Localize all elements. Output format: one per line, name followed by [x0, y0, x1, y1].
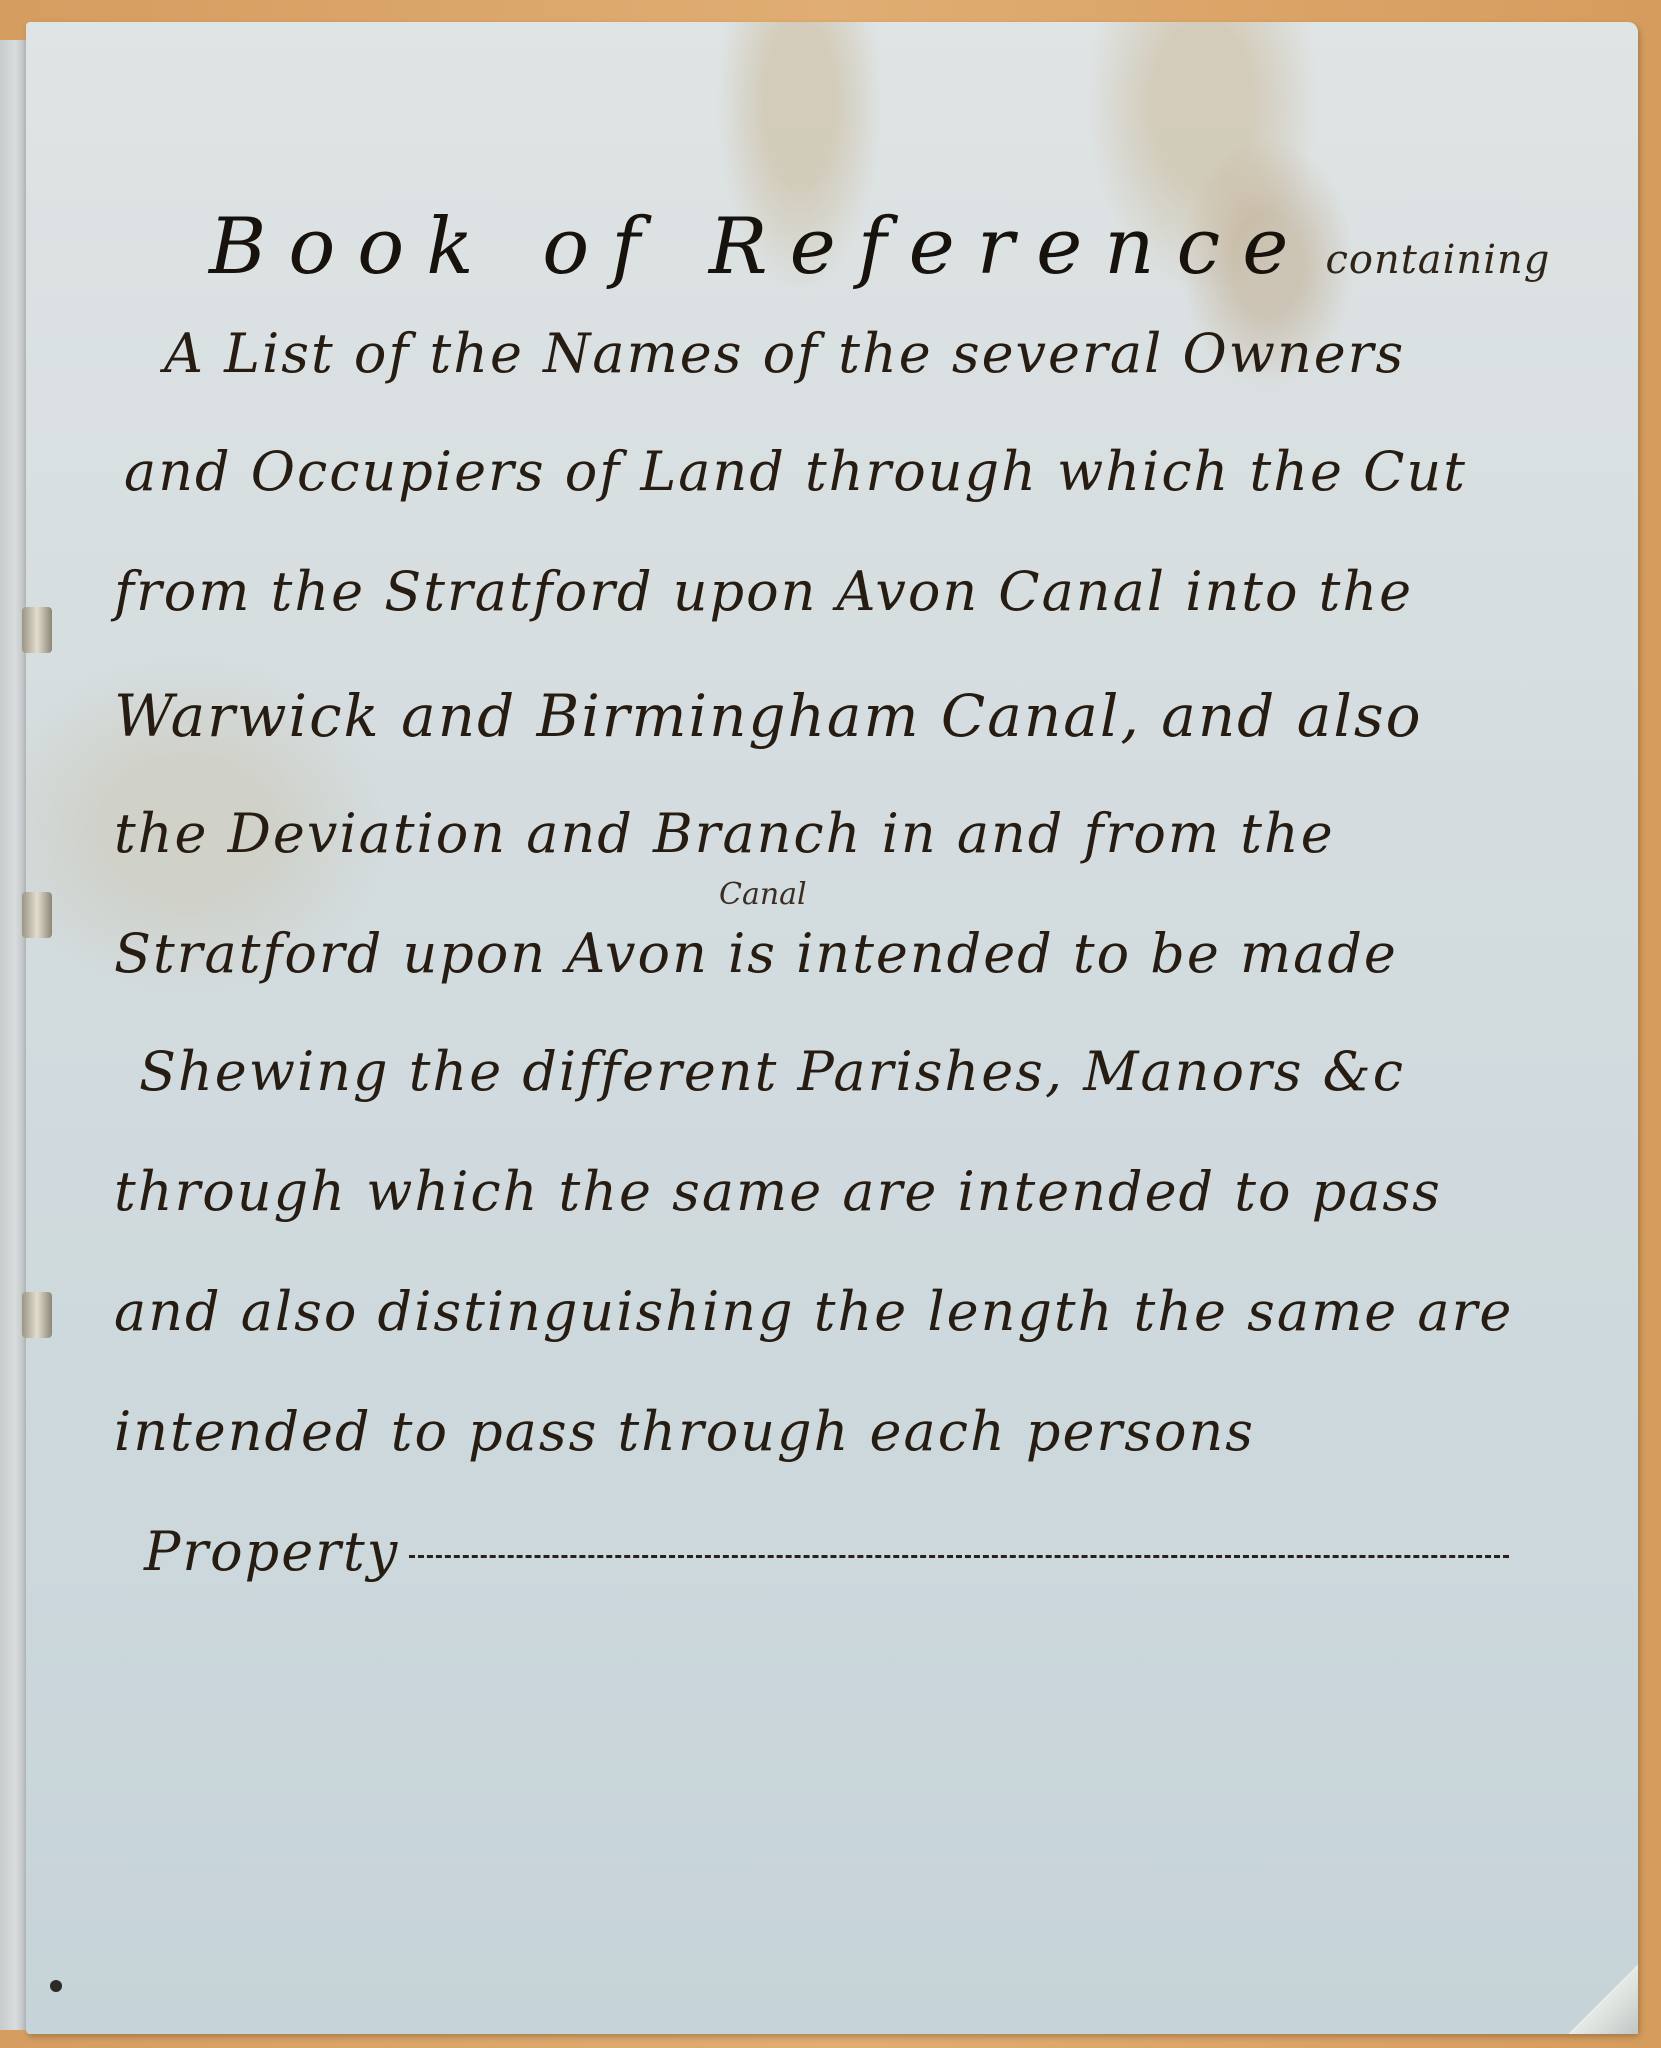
text-line: intended to pass through each persons — [114, 1400, 1255, 1463]
document-title: Book of Reference — [209, 202, 1310, 292]
binding-hole — [50, 1980, 62, 1992]
final-line: Property — [144, 1520, 1509, 1583]
text-line: Property — [144, 1520, 399, 1583]
text-line: A List of the Names of the several Owner… — [164, 322, 1405, 385]
folded-corner — [1568, 1964, 1638, 2034]
dashed-line-filler — [409, 1555, 1509, 1558]
text-line: from the Stratford upon Avon Canal into … — [114, 560, 1413, 623]
title-continuation: containing — [1325, 237, 1550, 283]
previous-page-edge — [0, 40, 28, 2030]
text-line: through which the same are intended to p… — [114, 1160, 1442, 1223]
text-line: and Occupiers of Land through which the … — [124, 440, 1467, 503]
binding-stitch — [22, 607, 52, 653]
text-line: the Deviation and Branch in and from the — [114, 802, 1335, 865]
text-line: Stratford upon Avon is intended to be ma… — [114, 922, 1398, 985]
text-line: Shewing the different Parishes, Manors &… — [139, 1040, 1405, 1103]
manuscript-page: Book of Reference containing A List of t… — [26, 22, 1638, 2034]
title-line: Book of Reference containing — [209, 202, 1550, 292]
text-line: and also distinguishing the length the s… — [114, 1280, 1513, 1343]
binding-stitch — [22, 1292, 52, 1338]
inserted-word: Canal — [719, 877, 807, 912]
text-line: Warwick and Birmingham Canal, and also — [114, 682, 1423, 750]
binding-stitch — [22, 892, 52, 938]
